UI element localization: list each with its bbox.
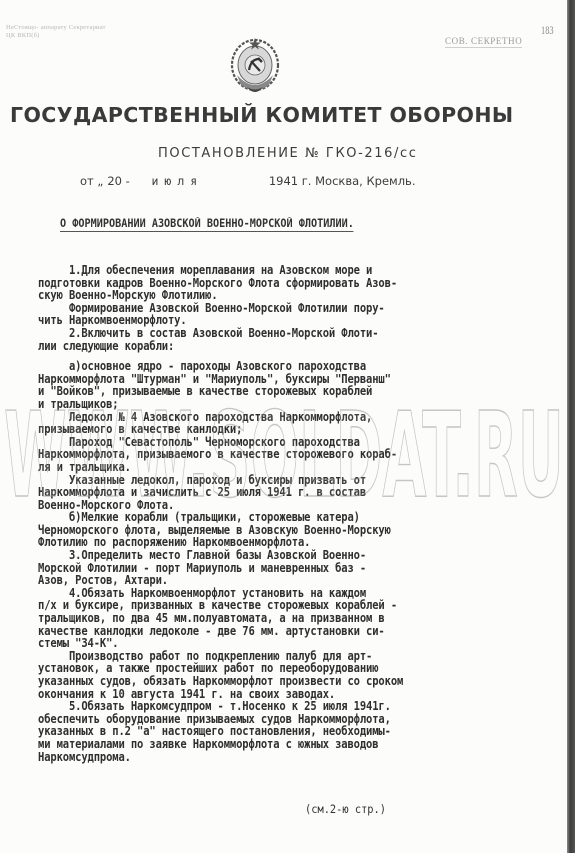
body-line: 2.Включить в состав Азовской Военно-Морс… bbox=[38, 327, 489, 340]
body-line: Наркомсудпрома. bbox=[38, 751, 489, 764]
page-number: 183 bbox=[541, 23, 554, 38]
body-line: Наркомморфлота и зачислить с 25 июля 194… bbox=[38, 486, 489, 499]
decree-number: ПОСТАНОВЛЕНИЕ № ГКО-216/сс bbox=[158, 146, 418, 161]
body-line: ми материалами по заявке Наркомморфлота … bbox=[38, 738, 489, 751]
body-line: указанных судов, обязать Наркомморфлот п… bbox=[38, 675, 489, 688]
decree-body: 1.Для обеспечения мореплавания на Азовск… bbox=[38, 264, 489, 763]
archive-stamp-top-left: НеСтоящо- аппарату Секретариат ЦК ВКП(б) bbox=[6, 24, 106, 40]
scan-edge bbox=[567, 0, 575, 853]
body-line: лии следующие корабли: bbox=[38, 340, 489, 353]
body-line: тральщиков, по два 45 мм.полуавтомата, а… bbox=[38, 612, 489, 625]
ussr-emblem-icon bbox=[229, 35, 281, 99]
document-page: НеСтоящо- аппарату Секретариат ЦК ВКП(б)… bbox=[0, 0, 567, 853]
date-month: июля bbox=[151, 174, 203, 188]
date-day-suffix: - bbox=[126, 174, 130, 188]
classification-stamp: СОВ. СЕКРЕТНО bbox=[445, 36, 522, 48]
body-line: 1.Для обеспечения мореплавания на Азовск… bbox=[38, 264, 489, 277]
archive-stamp-line: НеСтоящо- аппарату Секретариат bbox=[6, 24, 106, 32]
body-line: стемы "34-К". bbox=[38, 637, 489, 650]
body-line: ля и тральщика. bbox=[38, 461, 489, 474]
body-line: 5.Обязать Наркомсудпром - т.Носенко к 25… bbox=[38, 700, 489, 713]
body-line: призываемого в качестве канлодки; bbox=[38, 423, 489, 436]
continuation-note: (см.2-ю стр.) bbox=[305, 802, 386, 816]
decree-date-line: от „20 - июля 1941 г. Москва, Кремль. bbox=[80, 174, 415, 188]
date-year: 1941 bbox=[269, 174, 298, 188]
decree-subject: О ФОРМИРОВАНИИ АЗОВСКОЙ ВОЕННО-МОРСКОЙ Ф… bbox=[60, 217, 354, 232]
body-line: скую Военно-Морскую Флотилию. bbox=[38, 289, 489, 302]
body-line: Азов, Ростов, Ахтари. bbox=[38, 574, 489, 587]
date-day: 20 bbox=[107, 174, 122, 188]
body-line: и тральщиков; bbox=[38, 398, 489, 411]
body-line: а)основное ядро - пароходы Азовского пар… bbox=[38, 360, 489, 373]
archive-stamp-line: ЦК ВКП(б) bbox=[6, 32, 106, 40]
body-line: 3.Определить место Главной базы Азовской… bbox=[38, 549, 489, 562]
committee-title: ГОСУДАРСТВЕННЫЙ КОМИТЕТ ОБОРОНЫ bbox=[10, 103, 530, 127]
date-prefix: от „ bbox=[80, 174, 103, 188]
date-place: г. Москва, Кремль. bbox=[302, 174, 416, 188]
body-line: б)Мелкие корабли (тральщики, сторожевые … bbox=[38, 511, 489, 524]
